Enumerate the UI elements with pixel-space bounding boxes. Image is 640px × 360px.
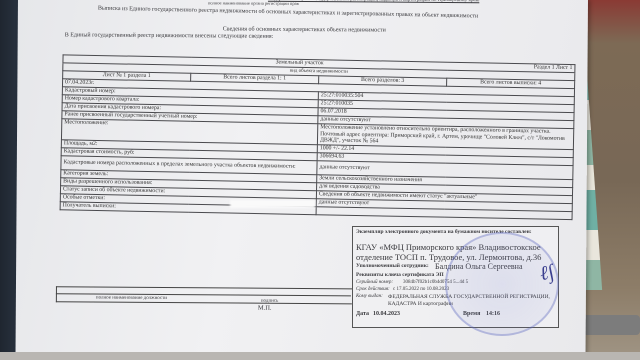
section-label: Раздел 1 Лист 1 xyxy=(534,64,573,72)
header-caption: полное наименование органа регистрации п… xyxy=(208,1,299,6)
validity-label: Срок действия: xyxy=(356,287,390,292)
signature-caption: подпись xyxy=(261,299,278,304)
issue-date: 10.04.2023 xyxy=(373,311,400,317)
header-authority: Федеральная служба государственной регис… xyxy=(268,0,479,3)
redacted-recipient xyxy=(230,200,315,208)
serial-label: Серийный номер: xyxy=(356,280,393,285)
validity-range: с 17.05.2022 по 10.08.2023 xyxy=(393,287,449,292)
key-label: Реквизиты ключа сертификата ЭП xyxy=(356,273,444,279)
info-table: Земельный участок Раздел 1 Лист 1 вид об… xyxy=(60,54,576,220)
issuer-label: Кому выдан: xyxy=(356,294,383,299)
certificate-heading: Экземпляр электронного документа на бума… xyxy=(356,229,551,235)
employee-label: Уполномоченный сотрудник: xyxy=(356,264,429,270)
metal-rod xyxy=(580,315,640,335)
document-title: Выписка из Единого государственного реес… xyxy=(98,6,478,20)
paper-edge xyxy=(0,352,640,360)
date-label: Дата xyxy=(356,311,369,317)
intro-text: В Единый государственный реестр недвижим… xyxy=(65,32,274,39)
seal-mark: М.П. xyxy=(258,306,272,313)
position-caption: полное наименование должности xyxy=(96,296,167,301)
document-subtitle: Сведения об основных характеристиках объ… xyxy=(223,26,386,33)
